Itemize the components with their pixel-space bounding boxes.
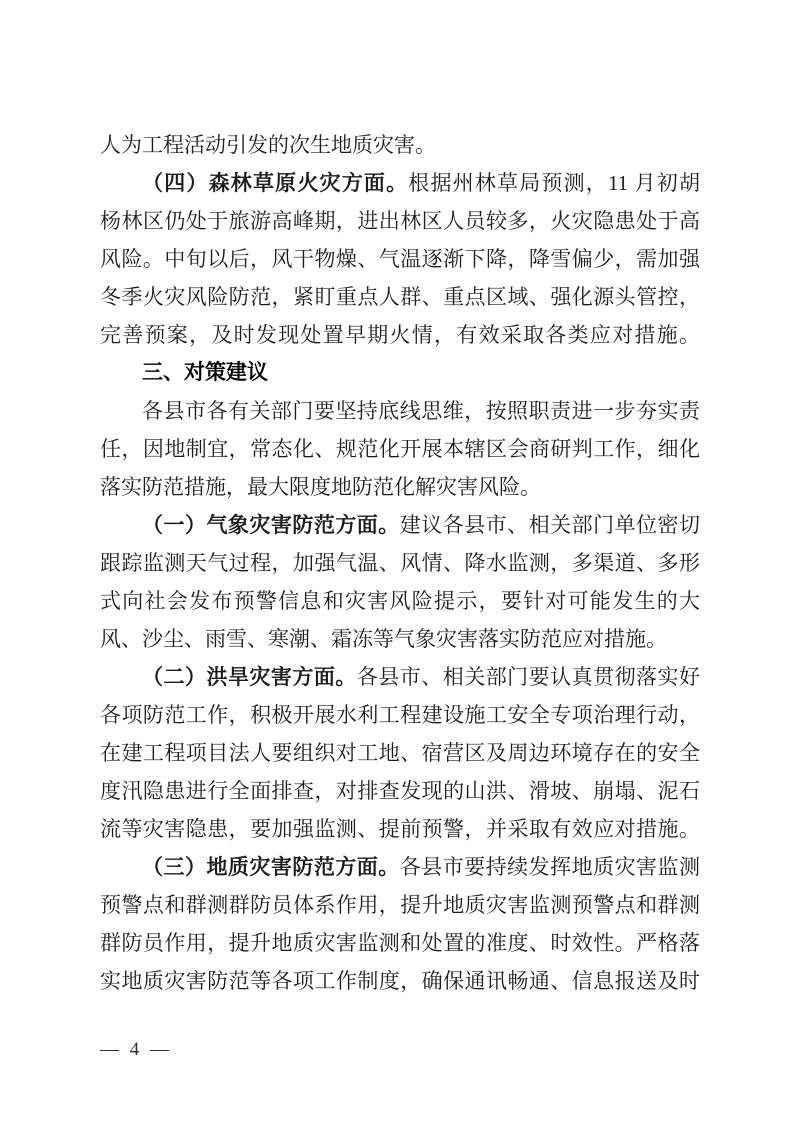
section-heading: 三、对策建议 — [100, 354, 700, 392]
text-line-content: 根据州林草局预测，11 月初胡 — [408, 171, 700, 195]
text-line-content: 群防员作用，提升地质灾害监测和处置的准度、时效性。严格落 — [100, 931, 700, 955]
text-line: 式向社会发布预警信息和灾害风险提示，要针对可能发生的大 — [100, 582, 700, 620]
text-line-content: 各县市要持续发挥地质灾害监测 — [400, 855, 700, 879]
text-line: 实地质灾害防范等各项工作制度，确保通讯畅通、信息报送及时 — [100, 962, 700, 1000]
text-line-content: 度汛隐患进行全面排查，对排查发现的山洪、滑坡、崩塌、泥石 — [100, 779, 700, 803]
text-line: （二）洪旱灾害方面。各县市、相关部门要认真贯彻落实好 — [100, 658, 700, 696]
text-line-content: 流等灾害隐患，要加强监测、提前预警，并采取有效应对措施。 — [100, 817, 700, 841]
paragraph-lead: （二）洪旱灾害方面。 — [142, 665, 357, 689]
text-line-content: 落实防范措施，最大限度地防范化解灾害风险。 — [100, 475, 541, 499]
text-line: 任，因地制宜，常态化、规范化开展本辖区会商研判工作，细化 — [100, 430, 700, 468]
text-line: 落实防范措施，最大限度地防范化解灾害风险。 — [100, 468, 700, 506]
text-line: 流等灾害隐患，要加强监测、提前预警，并采取有效应对措施。 — [100, 810, 700, 848]
text-line: （四）森林草原火灾方面。根据州林草局预测，11 月初胡 — [100, 164, 700, 202]
document-page: 人为工程活动引发的次生地质灾害。 （四）森林草原火灾方面。根据州林草局预测，11… — [0, 0, 793, 1122]
document-body: 人为工程活动引发的次生地质灾害。 （四）森林草原火灾方面。根据州林草局预测，11… — [100, 126, 700, 1000]
text-line-content: 式向社会发布预警信息和灾害风险提示，要针对可能发生的大 — [100, 589, 700, 613]
text-line-content: 冬季火灾风险防范，紧盯重点人群、重点区域、强化源头管控， — [100, 285, 700, 309]
page-number: — 4 — — [100, 1036, 172, 1064]
text-line: 各项防范工作，积极开展水利工程建设施工安全专项治理行动， — [100, 696, 700, 734]
text-line-content: 各县市各有关部门要坚持底线思维，按照职责进一步夯实责 — [142, 399, 700, 423]
paragraph-lead: （三）地质灾害防范方面。 — [142, 855, 400, 879]
paragraph-lead: （一）气象灾害防范方面。 — [142, 513, 400, 537]
text-line-content: 预警点和群测群防员体系作用，提升地质灾害监测预警点和群测 — [100, 893, 700, 917]
text-line: 群防员作用，提升地质灾害监测和处置的准度、时效性。严格落 — [100, 924, 700, 962]
text-line-content: 风险。中旬以后，风干物燥、气温逐渐下降，降雪偏少，需加强 — [100, 247, 700, 271]
section-heading-text: 三、对策建议 — [142, 361, 268, 384]
text-line: （一）气象灾害防范方面。建议各县市、相关部门单位密切 — [100, 506, 700, 544]
text-line-content: 在建工程项目法人要组织对工地、宿营区及周边环境存在的安全 — [100, 741, 700, 765]
text-line: 人为工程活动引发的次生地质灾害。 — [100, 126, 700, 164]
text-line: 冬季火灾风险防范，紧盯重点人群、重点区域、强化源头管控， — [100, 278, 700, 316]
text-line-content: 风、沙尘、雨雪、寒潮、霜冻等气象灾害落实防范应对措施。 — [100, 627, 667, 651]
text-line: 度汛隐患进行全面排查，对排查发现的山洪、滑坡、崩塌、泥石 — [100, 772, 700, 810]
text-line-content: 杨林区仍处于旅游高峰期，进出林区人员较多，火灾隐患处于高 — [100, 209, 700, 233]
text-line: 跟踪监测天气过程，加强气温、风情、降水监测，多渠道、多形 — [100, 544, 700, 582]
text-line-content: 建议各县市、相关部门单位密切 — [400, 513, 700, 537]
text-line-content: 跟踪监测天气过程，加强气温、风情、降水监测，多渠道、多形 — [100, 551, 700, 575]
text-line: 完善预案，及时发现处置早期火情，有效采取各类应对措施。 — [100, 316, 700, 354]
text-line-content: 各项防范工作，积极开展水利工程建设施工安全专项治理行动， — [100, 703, 700, 727]
text-line: 杨林区仍处于旅游高峰期，进出林区人员较多，火灾隐患处于高 — [100, 202, 700, 240]
text-line-content: 任，因地制宜，常态化、规范化开展本辖区会商研判工作，细化 — [100, 437, 700, 461]
text-line-content: 完善预案，及时发现处置早期火情，有效采取各类应对措施。 — [100, 323, 700, 347]
text-line: 在建工程项目法人要组织对工地、宿营区及周边环境存在的安全 — [100, 734, 700, 772]
text-line-content: 实地质灾害防范等各项工作制度，确保通讯畅通、信息报送及时 — [100, 969, 700, 993]
text-line: 风、沙尘、雨雪、寒潮、霜冻等气象灾害落实防范应对措施。 — [100, 620, 700, 658]
paragraph-lead: （四）森林草原火灾方面。 — [142, 171, 408, 195]
text-line: 各县市各有关部门要坚持底线思维，按照职责进一步夯实责 — [100, 392, 700, 430]
text-line: 风险。中旬以后，风干物燥、气温逐渐下降，降雪偏少，需加强 — [100, 240, 700, 278]
text-line: 预警点和群测群防员体系作用，提升地质灾害监测预警点和群测 — [100, 886, 700, 924]
text-line-content: 各县市、相关部门要认真贯彻落实好 — [357, 665, 700, 689]
text-line-content: 人为工程活动引发的次生地质灾害。 — [100, 133, 436, 157]
text-line: （三）地质灾害防范方面。各县市要持续发挥地质灾害监测 — [100, 848, 700, 886]
